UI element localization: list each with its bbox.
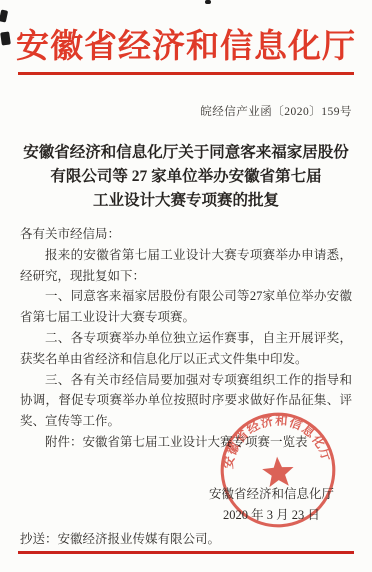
footer-red-rule xyxy=(18,551,354,554)
seal-star-icon xyxy=(261,456,294,488)
document-page: 安徽省经济和信息化厅 皖经信产业函〔2020〕159号 安徽省经济和信息化厅关于… xyxy=(0,0,372,572)
document-body: 各有关市经信局： 报来的安徽省第七届工业设计大赛专项赛举办申请悉，经研究，现批复… xyxy=(20,224,352,453)
paragraph-item-2: 二、各专项赛举办单位独立运作赛事，自主开展评奖，获奖名单由省经济和信息化厅以正式… xyxy=(20,328,352,370)
paragraph-intro: 报来的安徽省第七届工业设计大赛专项赛举办申请悉，经研究，现批复如下： xyxy=(20,245,352,287)
paragraph-item-3: 三、各有关市经信局要加强对专项赛组织工作的指导和协调，督促专项赛举办单位按照时序… xyxy=(20,370,352,432)
document-title: 安徽省经济和信息化厅关于同意客来福家居股份 有限公司等 27 家单位举办安徽省第… xyxy=(14,141,358,213)
paragraph-item-1: 一、同意客来福家居股份有限公司等27家单位举办安徽省第七届工业设计大赛专项赛。 xyxy=(20,286,352,328)
document-title-line2: 有限公司等 27 家单位举办安徽省第七届 xyxy=(14,165,358,189)
document-number: 皖经信产业函〔2020〕159号 xyxy=(200,103,352,119)
agency-header-title: 安徽省经济和信息化厅 xyxy=(0,20,372,67)
scan-artifact xyxy=(205,0,211,4)
salutation: 各有关市经信局： xyxy=(20,224,352,245)
signature-org: 安徽省经济和信息化厅 xyxy=(209,484,334,505)
attachment-line: 附件：安徽省第七届工业设计大赛专项赛一览表 xyxy=(20,432,352,453)
signature-date: 2020 年 3 月 23 日 xyxy=(209,505,334,526)
cc-line: 抄送：安徽经济报业传媒有限公司。 xyxy=(20,529,220,547)
header-red-rule xyxy=(18,72,354,75)
document-title-line3: 工业设计大赛专项赛的批复 xyxy=(14,189,358,213)
document-title-line1: 安徽省经济和信息化厅关于同意客来福家居股份 xyxy=(14,141,358,165)
signature-block: 安徽省经济和信息化厅 2020 年 3 月 23 日 xyxy=(209,484,334,526)
